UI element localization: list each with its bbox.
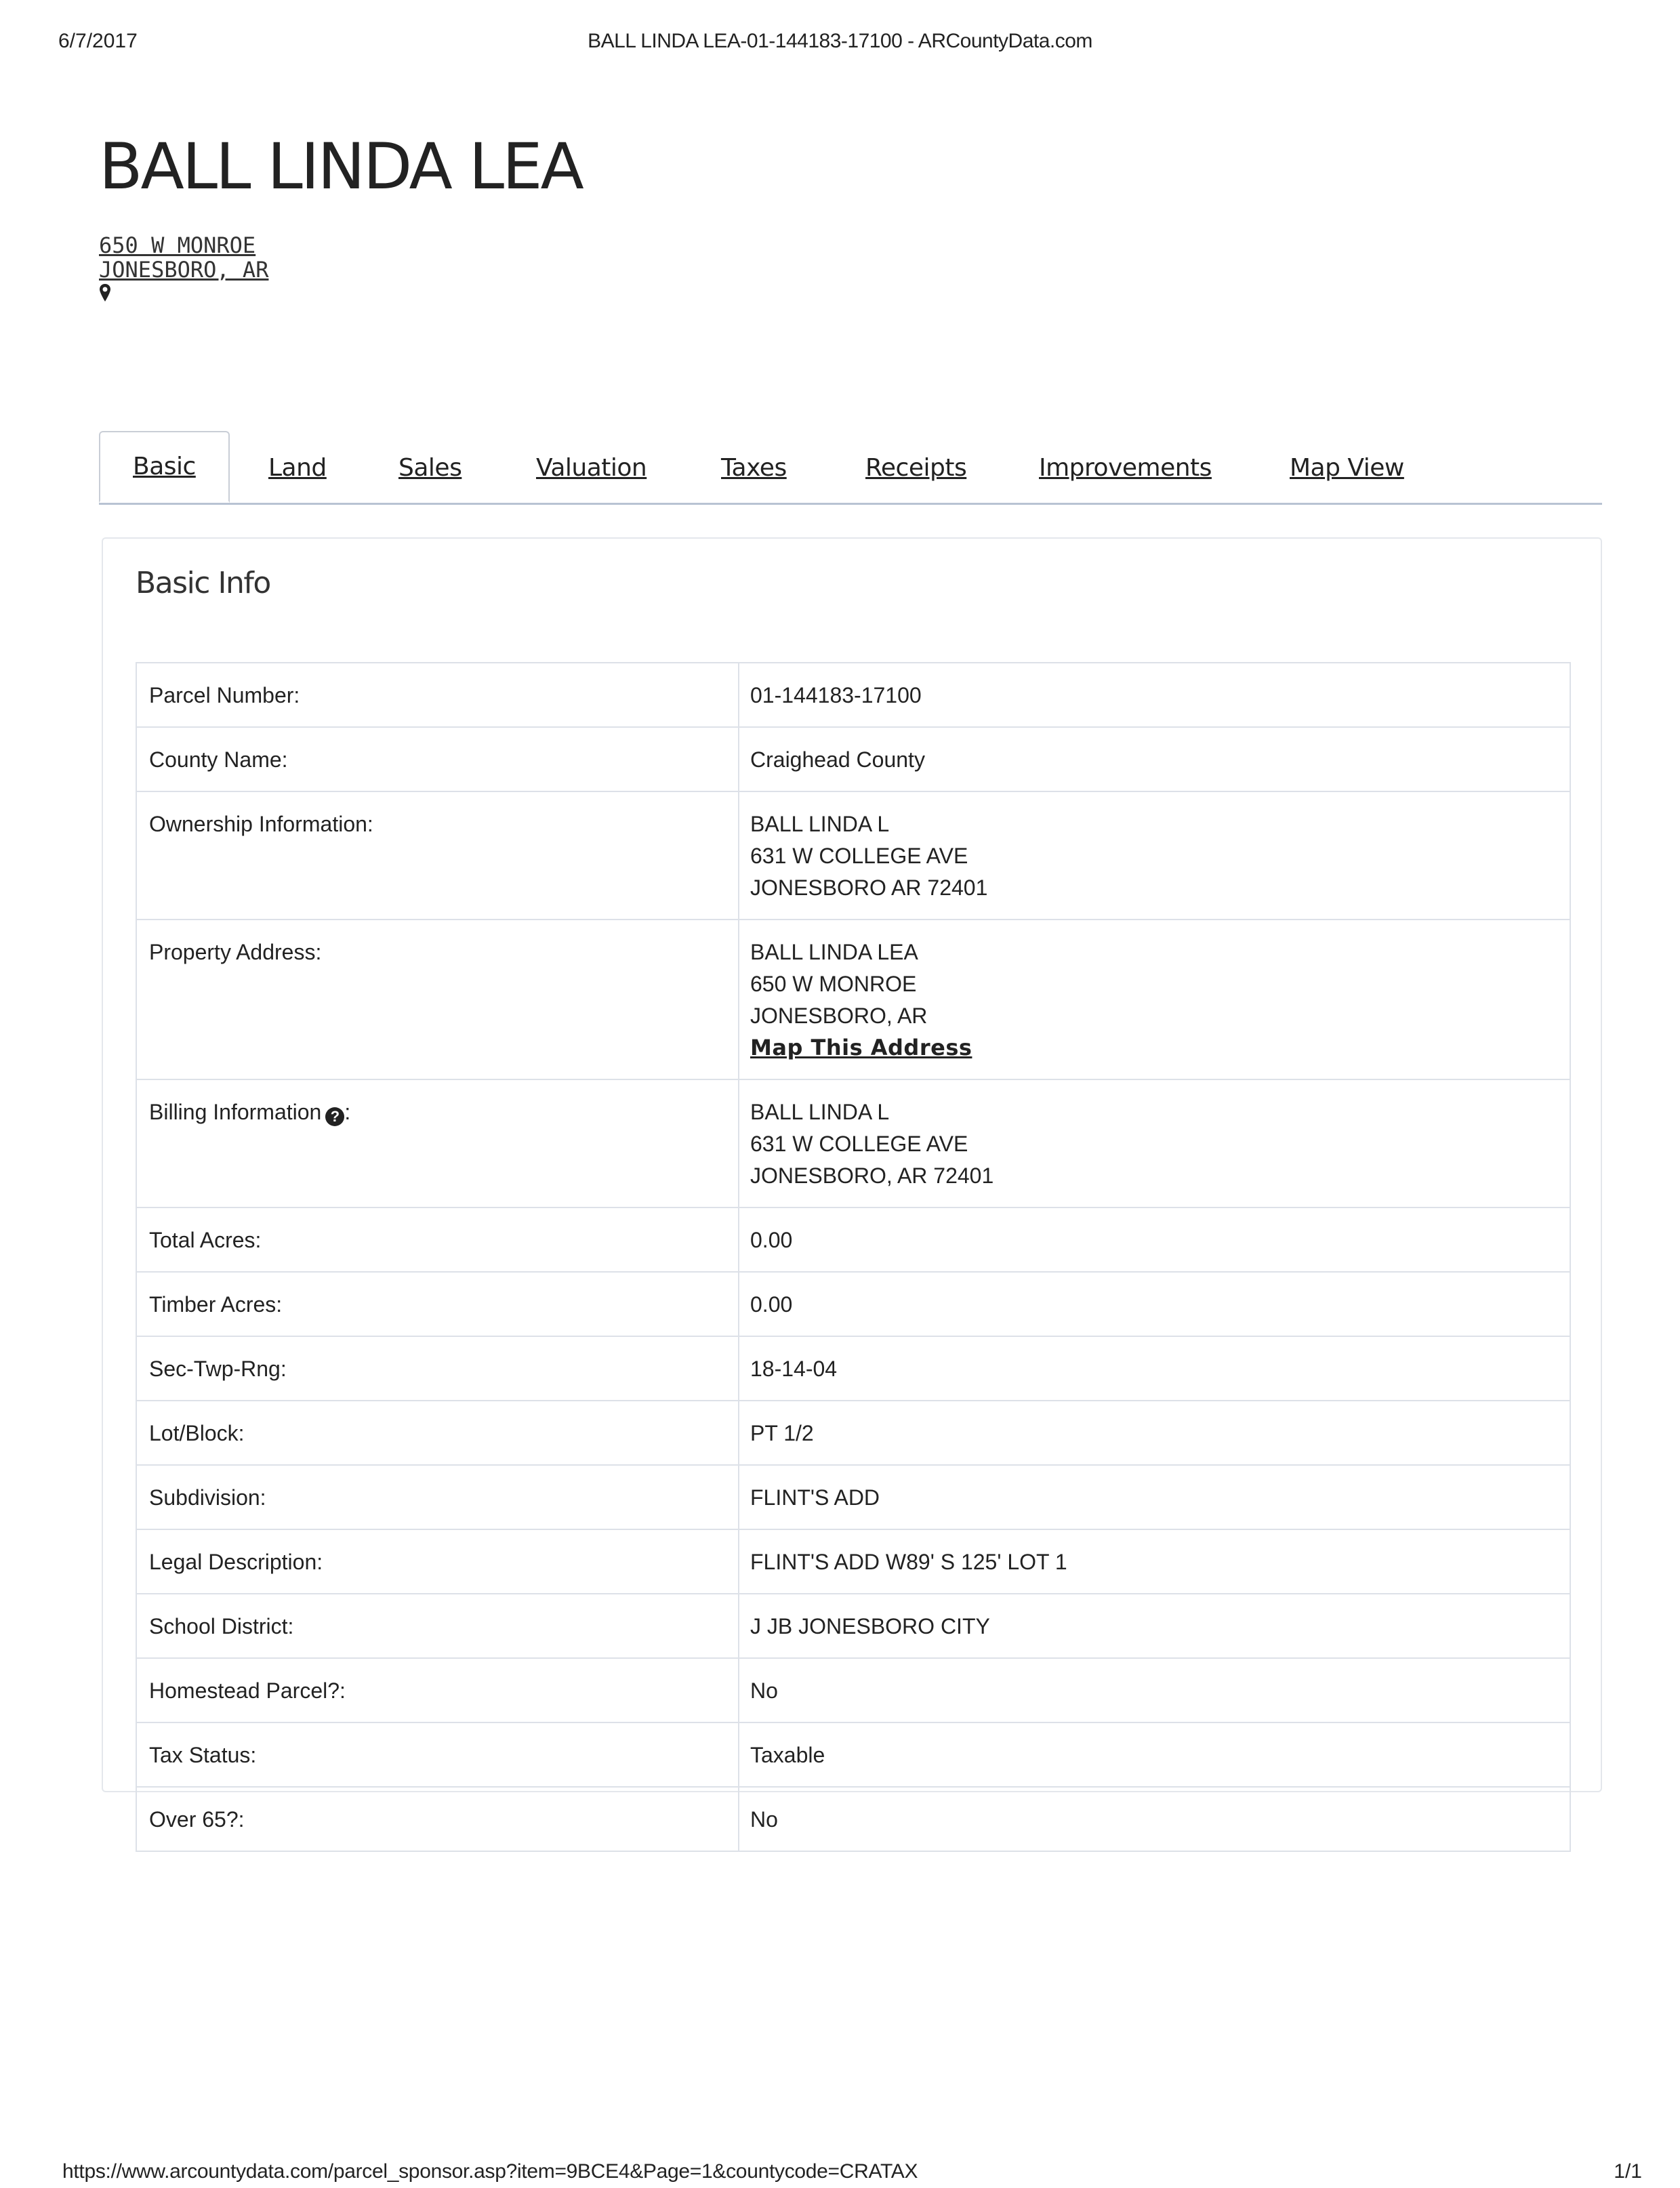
basic-info-panel: Basic Info Parcel Number:01-144183-17100… bbox=[102, 537, 1602, 1792]
row-value-line: 0.00 bbox=[750, 1289, 1557, 1321]
row-label: School District: bbox=[136, 1594, 739, 1658]
address-line-1: 650 W MONROE bbox=[99, 233, 268, 257]
row-value-line: No bbox=[750, 1675, 1557, 1707]
row-label-text: Legal Description: bbox=[149, 1550, 323, 1574]
row-value-line: Taxable bbox=[750, 1739, 1557, 1771]
row-value: BALL LINDA L631 W COLLEGE AVEJONESBORO, … bbox=[739, 1079, 1570, 1207]
table-row: Subdivision:FLINT'S ADD bbox=[136, 1465, 1570, 1529]
row-value-line: Craighead County bbox=[750, 744, 1557, 776]
row-value: J JB JONESBORO CITY bbox=[739, 1594, 1570, 1658]
table-row: Over 65?:No bbox=[136, 1787, 1570, 1851]
tab-receipts[interactable]: Receipts bbox=[865, 431, 966, 504]
tab-label: Sales bbox=[398, 454, 462, 482]
tab-label: Receipts bbox=[865, 454, 966, 482]
row-value-line: BALL LINDA LEA bbox=[750, 936, 1557, 968]
row-value-line: 631 W COLLEGE AVE bbox=[750, 840, 1557, 872]
row-label: County Name: bbox=[136, 727, 739, 791]
table-row: Total Acres:0.00 bbox=[136, 1207, 1570, 1272]
map-marker-icon bbox=[99, 283, 111, 302]
row-value-line: J JB JONESBORO CITY bbox=[750, 1611, 1557, 1643]
row-label: Property Address: bbox=[136, 920, 739, 1079]
tab-label: Valuation bbox=[536, 454, 647, 482]
table-row: Property Address:BALL LINDA LEA650 W MON… bbox=[136, 920, 1570, 1079]
row-label-text: Tax Status: bbox=[149, 1743, 256, 1767]
tab-improvements[interactable]: Improvements bbox=[1039, 431, 1212, 504]
row-label: Legal Description: bbox=[136, 1529, 739, 1594]
row-value: PT 1/2 bbox=[739, 1401, 1570, 1465]
row-label-text: School District: bbox=[149, 1614, 293, 1638]
row-value: Taxable bbox=[739, 1722, 1570, 1787]
row-value-line: No bbox=[750, 1804, 1557, 1836]
row-value: 01-144183-17100 bbox=[739, 663, 1570, 727]
row-value-line: JONESBORO, AR 72401 bbox=[750, 1160, 1557, 1192]
table-row: Billing Information?:BALL LINDA L631 W C… bbox=[136, 1079, 1570, 1207]
label-suffix: : bbox=[344, 1100, 350, 1124]
table-row: Sec-Twp-Rng:18-14-04 bbox=[136, 1336, 1570, 1401]
table-row: Legal Description:FLINT'S ADD W89' S 125… bbox=[136, 1529, 1570, 1594]
row-label-text: Lot/Block: bbox=[149, 1421, 245, 1445]
row-label-text: Ownership Information: bbox=[149, 812, 373, 836]
parcel-tabs: Basic Land Sales Valuation Taxes Receipt… bbox=[99, 431, 1602, 505]
row-value-line: PT 1/2 bbox=[750, 1418, 1557, 1449]
tab-map-view[interactable]: Map View bbox=[1290, 431, 1404, 504]
row-value: Craighead County bbox=[739, 727, 1570, 791]
row-value: 0.00 bbox=[739, 1207, 1570, 1272]
row-label: Ownership Information: bbox=[136, 791, 739, 920]
row-value: 18-14-04 bbox=[739, 1336, 1570, 1401]
print-page-number: 1/1 bbox=[1614, 2160, 1642, 2183]
table-row: Timber Acres:0.00 bbox=[136, 1272, 1570, 1336]
row-label-text: Total Acres: bbox=[149, 1228, 261, 1252]
row-label: Homestead Parcel?: bbox=[136, 1658, 739, 1722]
table-row: Ownership Information:BALL LINDA L631 W … bbox=[136, 791, 1570, 920]
row-value: No bbox=[739, 1787, 1570, 1851]
question-circle-icon[interactable]: ? bbox=[325, 1107, 344, 1126]
tab-label: Improvements bbox=[1039, 454, 1212, 482]
tab-label: Map View bbox=[1290, 454, 1404, 482]
row-value: FLINT'S ADD W89' S 125' LOT 1 bbox=[739, 1529, 1570, 1594]
table-row: School District:J JB JONESBORO CITY bbox=[136, 1594, 1570, 1658]
property-address-link[interactable]: 650 W MONROE JONESBORO, AR bbox=[99, 233, 268, 282]
row-value: BALL LINDA L631 W COLLEGE AVEJONESBORO A… bbox=[739, 791, 1570, 920]
map-this-address-link[interactable]: Map This Address bbox=[750, 1032, 1557, 1064]
row-value: No bbox=[739, 1658, 1570, 1722]
panel-title: Basic Info bbox=[136, 566, 270, 600]
row-value-line: 01-144183-17100 bbox=[750, 680, 1557, 711]
row-value-line: 18-14-04 bbox=[750, 1353, 1557, 1385]
row-label-text: Sec-Twp-Rng: bbox=[149, 1357, 287, 1381]
row-label-text: Parcel Number: bbox=[149, 683, 300, 707]
row-label-text: Timber Acres: bbox=[149, 1292, 282, 1317]
table-row: Homestead Parcel?:No bbox=[136, 1658, 1570, 1722]
row-label: Lot/Block: bbox=[136, 1401, 739, 1465]
row-label: Total Acres: bbox=[136, 1207, 739, 1272]
row-label-text: County Name: bbox=[149, 747, 288, 772]
row-label: Sec-Twp-Rng: bbox=[136, 1336, 739, 1401]
print-page-title: BALL LINDA LEA-01-144183-17100 - ARCount… bbox=[0, 30, 1680, 53]
address-line-2: JONESBORO, AR bbox=[99, 257, 268, 282]
row-label-text: Homestead Parcel?: bbox=[149, 1678, 346, 1703]
row-label: Subdivision: bbox=[136, 1465, 739, 1529]
row-value-line: JONESBORO AR 72401 bbox=[750, 872, 1557, 904]
tab-label: Land bbox=[268, 454, 327, 482]
tab-label: Taxes bbox=[721, 454, 787, 482]
row-value: 0.00 bbox=[739, 1272, 1570, 1336]
tab-basic[interactable]: Basic bbox=[99, 431, 230, 503]
row-value-line: FLINT'S ADD W89' S 125' LOT 1 bbox=[750, 1546, 1557, 1578]
row-label-text: Subdivision: bbox=[149, 1485, 266, 1510]
tab-land[interactable]: Land bbox=[268, 431, 327, 504]
row-label-text: Billing Information bbox=[149, 1100, 321, 1124]
row-label: Parcel Number: bbox=[136, 663, 739, 727]
row-value-line: 0.00 bbox=[750, 1224, 1557, 1256]
row-value-line: 631 W COLLEGE AVE bbox=[750, 1128, 1557, 1160]
table-row: Parcel Number:01-144183-17100 bbox=[136, 663, 1570, 727]
print-header: 6/7/2017 BALL LINDA LEA-01-144183-17100 … bbox=[0, 30, 1680, 57]
row-value-line: 650 W MONROE bbox=[750, 968, 1557, 1000]
owner-name-heading: BALL LINDA LEA bbox=[99, 136, 582, 199]
basic-info-table: Parcel Number:01-144183-17100County Name… bbox=[136, 662, 1571, 1852]
row-value-line: FLINT'S ADD bbox=[750, 1482, 1557, 1514]
table-row: Lot/Block:PT 1/2 bbox=[136, 1401, 1570, 1465]
tab-valuation[interactable]: Valuation bbox=[536, 431, 647, 504]
row-value-line: BALL LINDA L bbox=[750, 1096, 1557, 1128]
table-row: County Name:Craighead County bbox=[136, 727, 1570, 791]
row-label: Billing Information?: bbox=[136, 1079, 739, 1207]
row-value-line: BALL LINDA L bbox=[750, 808, 1557, 840]
row-label-text: Property Address: bbox=[149, 940, 321, 964]
row-label: Tax Status: bbox=[136, 1722, 739, 1787]
row-value-line: JONESBORO, AR bbox=[750, 1000, 1557, 1032]
row-label: Timber Acres: bbox=[136, 1272, 739, 1336]
row-label-text: Over 65?: bbox=[149, 1807, 245, 1832]
row-label: Over 65?: bbox=[136, 1787, 739, 1851]
tab-sales[interactable]: Sales bbox=[398, 431, 462, 504]
table-row: Tax Status:Taxable bbox=[136, 1722, 1570, 1787]
print-url: https://www.arcountydata.com/parcel_spon… bbox=[62, 2160, 918, 2183]
row-value: BALL LINDA LEA650 W MONROEJONESBORO, ARM… bbox=[739, 920, 1570, 1079]
row-value: FLINT'S ADD bbox=[739, 1465, 1570, 1529]
tab-taxes[interactable]: Taxes bbox=[721, 431, 787, 504]
tab-label: Basic bbox=[133, 453, 196, 480]
